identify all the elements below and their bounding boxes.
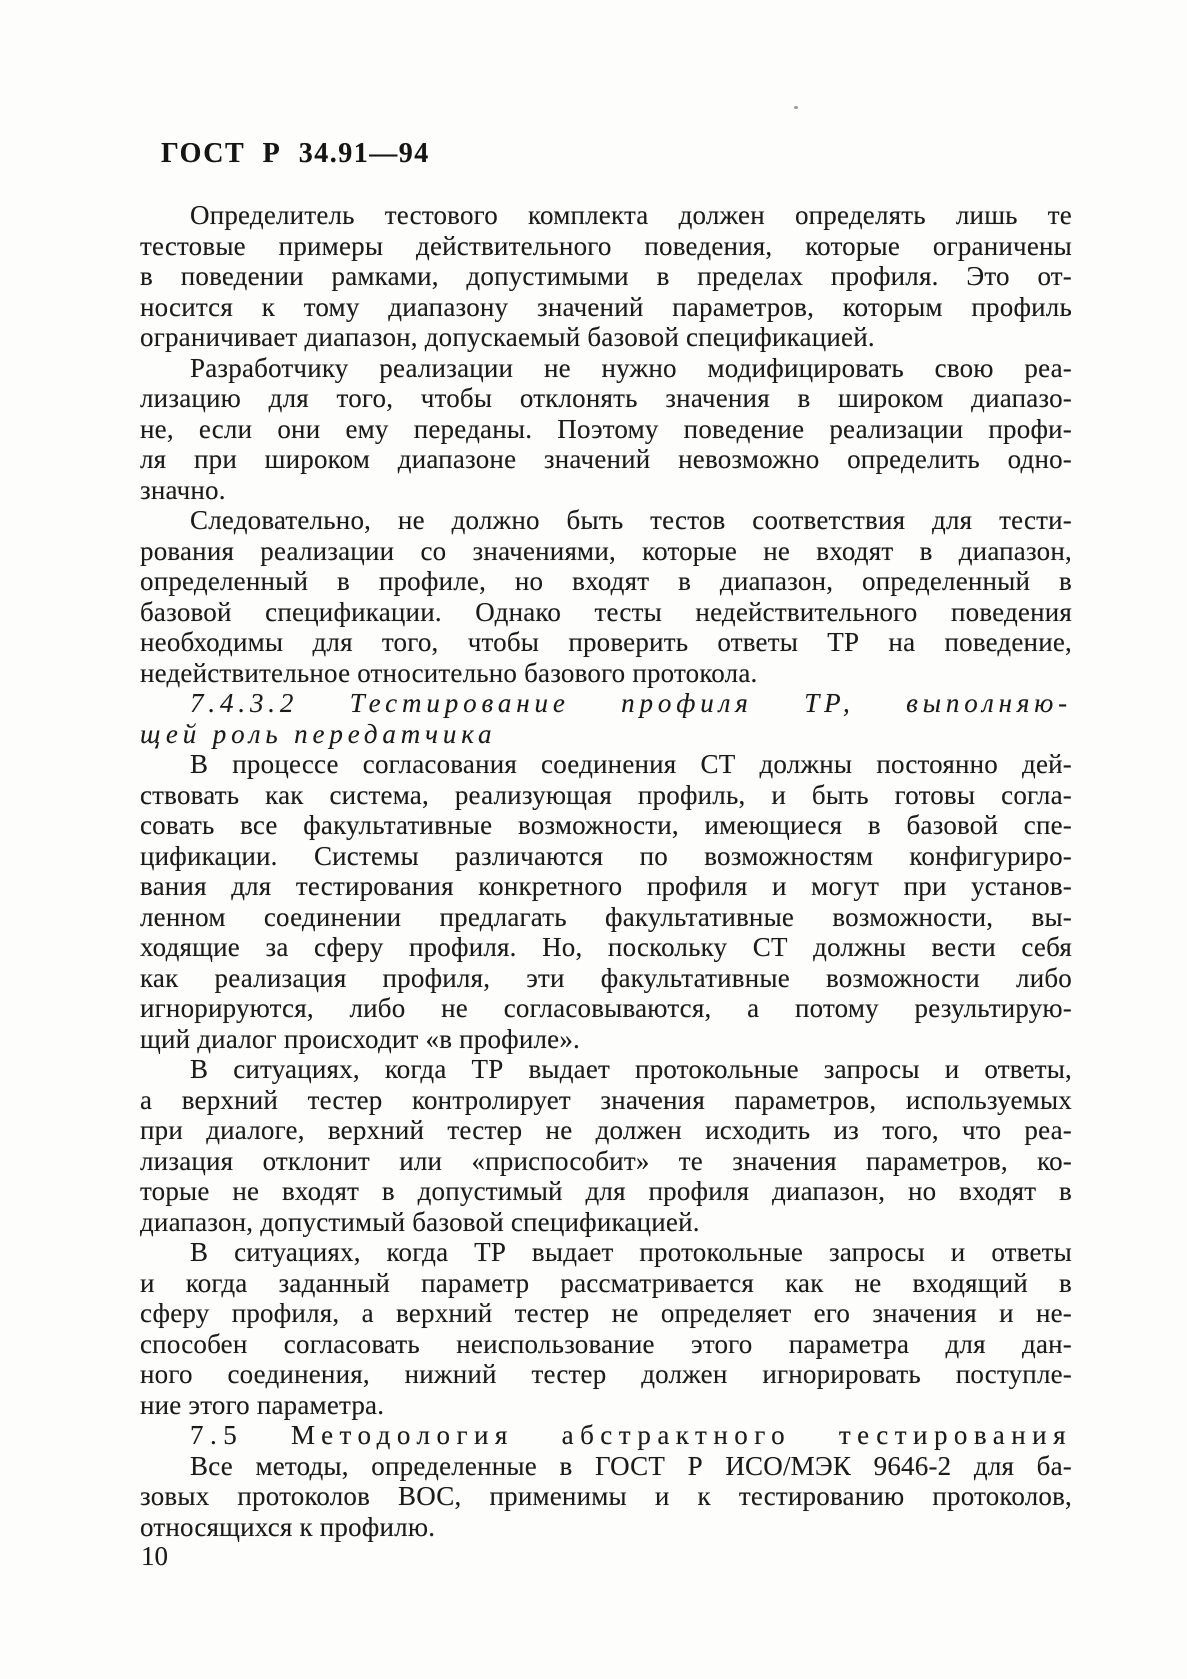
text-line: ние этого параметра. xyxy=(140,1390,1072,1421)
text-line: носится к тому диапазону значений параме… xyxy=(140,292,1072,323)
document-standard-number: ГОСТ Р 34.91—94 xyxy=(161,138,430,170)
section-heading-line: щей роль передатчика xyxy=(140,719,1072,750)
paragraph: В ситуациях, когда ТР выдает протокольны… xyxy=(140,1237,1072,1420)
text-line: тестовые примеры действительного поведен… xyxy=(140,231,1072,262)
text-line: Разработчику реализации не нужно модифиц… xyxy=(140,353,1072,384)
text-line: способен согласовать неиспользование это… xyxy=(140,1329,1072,1360)
text-line: значно. xyxy=(140,475,1072,506)
text-line: торые не входят в допустимый для профиля… xyxy=(140,1176,1072,1207)
paragraph: Следовательно, не должно быть тестов соо… xyxy=(140,505,1072,688)
text-line: диапазон, допустимый базовой спецификаци… xyxy=(140,1207,1072,1238)
section-heading-line: 7.5 Методология абстрактного тестировани… xyxy=(140,1420,1072,1451)
text-line: вания для тестирования конкретного профи… xyxy=(140,871,1072,902)
text-line: лизация отклонит или «приспособит» те зн… xyxy=(140,1146,1072,1177)
text-line: ного соединения, нижний тестер должен иг… xyxy=(140,1359,1072,1390)
text-line: зовых протоколов ВОС, применимы и к тест… xyxy=(140,1481,1072,1512)
text-line: щий диалог происходит «в профиле». xyxy=(140,1024,1072,1055)
text-line: как реализация профиля, эти факультативн… xyxy=(140,963,1072,994)
text-line: цификации. Системы различаются по возмож… xyxy=(140,841,1072,872)
section-heading-7-5: 7.5 Методология абстрактного тестировани… xyxy=(140,1420,1072,1451)
text-line: ходящие за сферу профиля. Но, поскольку … xyxy=(140,932,1072,963)
text-line: В ситуациях, когда ТР выдает протокольны… xyxy=(140,1237,1072,1268)
text-line: В процессе согласования соединения СТ до… xyxy=(140,749,1072,780)
text-line: не, если они ему переданы. Поэтому повед… xyxy=(140,414,1072,445)
scan-artifact-dot xyxy=(794,106,798,109)
text-line: ствовать как система, реализующая профил… xyxy=(140,780,1072,811)
text-line: Следовательно, не должно быть тестов соо… xyxy=(140,505,1072,536)
text-line: сферу профиля, а верхний тестер не опред… xyxy=(140,1298,1072,1329)
text-line: В ситуациях, когда ТР выдает протокольны… xyxy=(140,1054,1072,1085)
paragraph: Все методы, определенные в ГОСТ Р ИСО/МЭ… xyxy=(140,1451,1072,1543)
text-line: рования реализации со значениями, которы… xyxy=(140,536,1072,567)
text-line: Определитель тестового комплекта должен … xyxy=(140,200,1072,231)
text-line: определенный в профиле, но входят в диап… xyxy=(140,566,1072,597)
text-line: и когда заданный параметр рассматриваетс… xyxy=(140,1268,1072,1299)
text-line: недействительное относительно базового п… xyxy=(140,658,1072,689)
text-line: при диалоге, верхний тестер не должен ис… xyxy=(140,1115,1072,1146)
text-line: ля при широком диапазоне значений невозм… xyxy=(140,444,1072,475)
paragraph: Разработчику реализации не нужно модифиц… xyxy=(140,353,1072,506)
text-line: а верхний тестер контролирует значения п… xyxy=(140,1085,1072,1116)
paragraph: Определитель тестового комплекта должен … xyxy=(140,200,1072,353)
paragraph: В ситуациях, когда ТР выдает протокольны… xyxy=(140,1054,1072,1237)
text-line: в поведении рамками, допустимыми в преде… xyxy=(140,261,1072,292)
text-line: необходимы для того, чтобы проверить отв… xyxy=(140,627,1072,658)
text-line: игнорируются, либо не согласовываются, а… xyxy=(140,993,1072,1024)
text-line: базовой спецификации. Однако тесты недей… xyxy=(140,597,1072,628)
text-line: относящихся к профилю. xyxy=(140,1512,1072,1543)
text-line: ограничивает диапазон, допускаемый базов… xyxy=(140,322,1072,353)
text-line: совать все факультативные возможности, и… xyxy=(140,810,1072,841)
scanned-document-page: ГОСТ Р 34.91—94 Определитель тестового к… xyxy=(0,0,1187,1679)
text-line: Все методы, определенные в ГОСТ Р ИСО/МЭ… xyxy=(140,1451,1072,1482)
text-block: Определитель тестового комплекта должен … xyxy=(140,200,1072,1542)
section-heading-7-4-3-2: 7.4.3.2 Тестирование профиля ТР, выполня… xyxy=(140,688,1072,749)
text-line: лизацию для того, чтобы отклонять значен… xyxy=(140,383,1072,414)
text-line: ленном соединении предлагать факультатив… xyxy=(140,902,1072,933)
page-number: 10 xyxy=(141,1541,168,1572)
paragraph: В процессе согласования соединения СТ до… xyxy=(140,749,1072,1054)
section-heading-line: 7.4.3.2 Тестирование профиля ТР, выполня… xyxy=(140,688,1072,719)
